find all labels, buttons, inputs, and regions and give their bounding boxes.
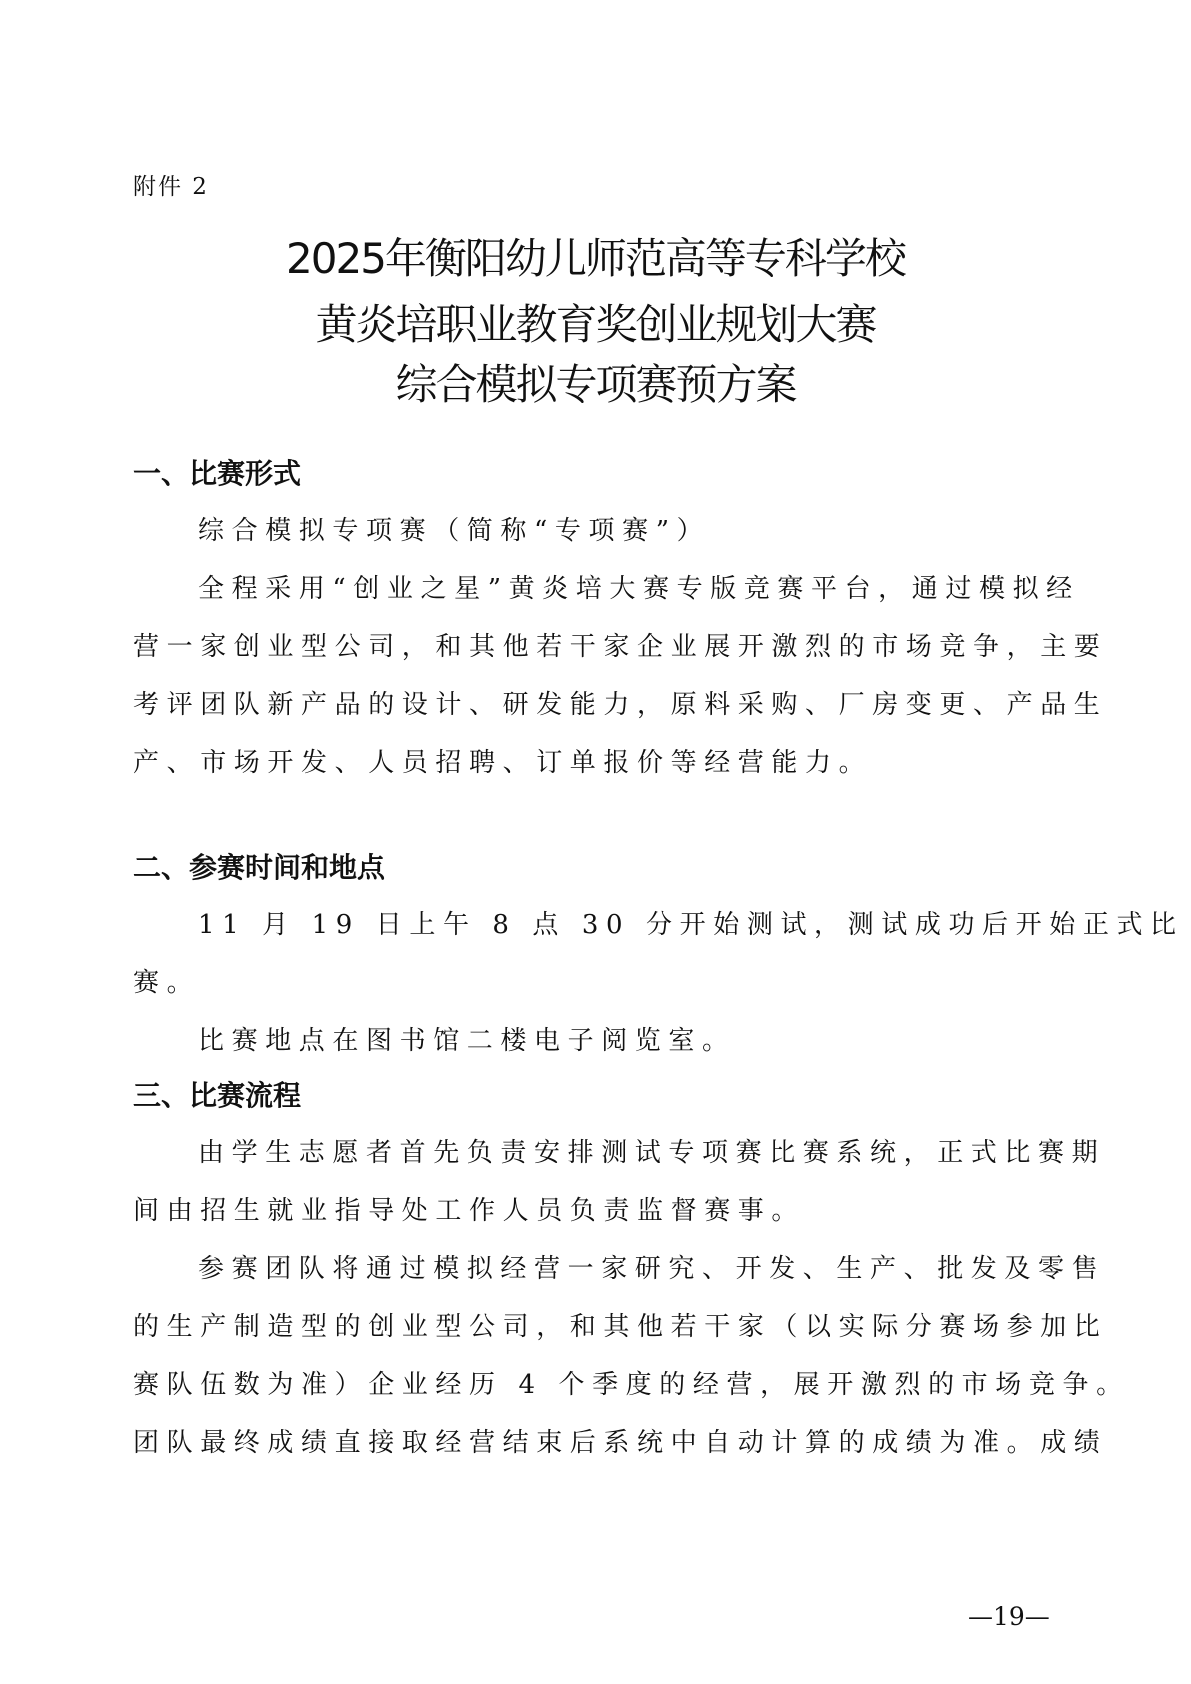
paragraph-line: 考评团队新产品的设计、研发能力，原料采购、厂房变更、产品生 <box>133 684 1107 721</box>
section-heading-2: 二、参赛时间和地点 <box>133 846 385 886</box>
paragraph-line: 全程采用“创业之星”黄炎培大赛专版竞赛平台，通过模拟经 <box>198 568 1080 605</box>
paragraph-line: 赛。 <box>133 962 200 999</box>
paragraph-line: 间由招生就业指导处工作人员负责监督赛事。 <box>133 1190 805 1227</box>
paragraph-line: 比赛地点在图书馆二楼电子阅览室。 <box>198 1020 736 1057</box>
paragraph-line: 团队最终成绩直接取经营结束后系统中自动计算的成绩为准。成绩 <box>133 1422 1107 1459</box>
paragraph-line: 营一家创业型公司，和其他若干家企业展开激烈的市场竞争，主要 <box>133 626 1107 663</box>
paragraph-line: 赛队伍数为准）企业经历 4 个季度的经营，展开激烈的市场竞争。 <box>133 1364 1130 1401</box>
attachment-label: 附件 2 <box>133 168 209 201</box>
section-heading-3: 三、比赛流程 <box>133 1074 301 1114</box>
title-line-2: 黄炎培职业教育奖创业规划大赛 <box>0 292 1191 352</box>
section-heading-1: 一、比赛形式 <box>133 452 301 492</box>
paragraph-line: 综合模拟专项赛（简称“专项赛”） <box>198 510 710 547</box>
paragraph-line: 参赛团队将通过模拟经营一家研究、开发、生产、批发及零售 <box>198 1248 1105 1285</box>
paragraph-line: 由学生志愿者首先负责安排测试专项赛比赛系统，正式比赛期 <box>198 1132 1105 1169</box>
page-number: —19— <box>968 1602 1050 1631</box>
paragraph-line: 的生产制造型的创业型公司，和其他若干家（以实际分赛场参加比 <box>133 1306 1107 1343</box>
title-line-1: 2025年衡阳幼儿师范高等专科学校 <box>0 226 1191 286</box>
title-line-3: 综合模拟专项赛预方案 <box>0 352 1191 412</box>
paragraph-line: 11 月 19 日上午 8 点 30 分开始测试，测试成功后开始正式比 <box>198 904 1184 941</box>
paragraph-line: 产、市场开发、人员招聘、订单报价等经营能力。 <box>133 742 872 779</box>
